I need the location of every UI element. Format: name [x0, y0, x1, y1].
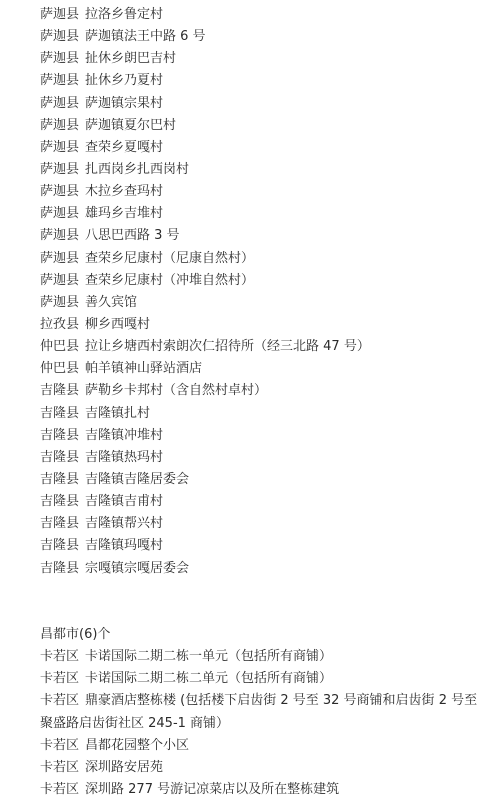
county-name: 吉隆县 — [40, 447, 79, 469]
county-name: 萨迦县 — [40, 159, 79, 181]
list-item: 萨迦县雄玛乡吉堆村 — [40, 203, 472, 225]
list-item: 吉隆县吉隆镇玛嘎村 — [40, 535, 472, 557]
place-name: 吉隆镇吉甫村 — [85, 494, 163, 509]
place-name: 帕羊镇神山驿站酒店 — [85, 361, 202, 376]
county-name: 吉隆县 — [40, 558, 79, 580]
county-name: 卡若区 — [40, 690, 79, 712]
list-item: 萨迦县查荣乡夏嘎村 — [40, 137, 472, 159]
place-name: 柳乡西嘎村 — [85, 317, 150, 332]
county-name: 萨迦县 — [40, 292, 79, 314]
section-changdu-list: 昌都市(6)个 卡若区卡诺国际二期二栋一单元（包括所有商铺） 卡若区卡诺国际二期… — [40, 624, 472, 801]
place-name: 扯休乡朗巴吉村 — [85, 51, 176, 66]
county-name: 卡若区 — [40, 668, 79, 690]
county-name: 萨迦县 — [40, 70, 79, 92]
place-name: 萨迦镇法王中路 6 号 — [85, 29, 206, 44]
place-name: 昌都花园整个小区 — [85, 738, 189, 753]
list-item: 萨迦县善久宾馆 — [40, 292, 472, 314]
list-item: 吉隆县吉隆镇帮兴村 — [40, 513, 472, 535]
place-name: 吉隆镇吉隆居委会 — [85, 472, 189, 487]
list-item-continuation: 聚盛路启齿街社区 245-1 商铺） — [40, 713, 472, 735]
list-item: 吉隆县吉隆镇热玛村 — [40, 447, 472, 469]
list-item: 仲巴县帕羊镇神山驿站酒店 — [40, 358, 472, 380]
list-item: 吉隆县萨勒乡卡邦村（含自然村卓村） — [40, 380, 472, 402]
list-item: 萨迦县扯休乡朗巴吉村 — [40, 48, 472, 70]
place-name: 吉隆镇冲堆村 — [85, 428, 163, 443]
list-item: 萨迦县拉洛乡鲁定村 — [40, 4, 472, 26]
place-name: 扎西岗乡扎西岗村 — [85, 162, 189, 177]
county-name: 萨迦县 — [40, 203, 79, 225]
place-name: 深圳路安居苑 — [85, 760, 163, 775]
county-name: 吉隆县 — [40, 469, 79, 491]
document-body: 萨迦县拉洛乡鲁定村 萨迦县萨迦镇法王中路 6 号 萨迦县扯休乡朗巴吉村 萨迦县扯… — [40, 4, 472, 801]
place-name: 木拉乡查玛村 — [85, 184, 163, 199]
place-name: 萨勒乡卡邦村（含自然村卓村） — [85, 383, 267, 398]
list-item: 萨迦县萨迦镇宗果村 — [40, 93, 472, 115]
list-item: 萨迦县木拉乡查玛村 — [40, 181, 472, 203]
list-item: 仲巴县拉让乡塘西村索朗次仁招待所（经三北路 47 号） — [40, 336, 472, 358]
county-name: 吉隆县 — [40, 513, 79, 535]
county-name: 吉隆县 — [40, 380, 79, 402]
county-name: 萨迦县 — [40, 93, 79, 115]
list-item: 萨迦县查荣乡尼康村（尼康自然村） — [40, 248, 472, 270]
county-name: 卡若区 — [40, 779, 79, 801]
place-name: 吉隆镇扎村 — [85, 406, 150, 421]
county-name: 吉隆县 — [40, 425, 79, 447]
list-item: 吉隆县吉隆镇冲堆村 — [40, 425, 472, 447]
place-name: 善久宾馆 — [85, 295, 137, 310]
place-name: 拉洛乡鲁定村 — [85, 7, 163, 22]
county-name: 萨迦县 — [40, 4, 79, 26]
list-item: 萨迦县扎西岗乡扎西岗村 — [40, 159, 472, 181]
county-name: 仲巴县 — [40, 358, 79, 380]
place-name: 宗嘎镇宗嘎居委会 — [85, 561, 189, 576]
place-name: 萨迦镇宗果村 — [85, 96, 163, 111]
county-name: 萨迦县 — [40, 270, 79, 292]
place-name: 萨迦镇夏尔巴村 — [85, 118, 176, 133]
list-item: 萨迦县查荣乡尼康村（冲堆自然村） — [40, 270, 472, 292]
list-item: 拉孜县柳乡西嘎村 — [40, 314, 472, 336]
county-name: 吉隆县 — [40, 491, 79, 513]
county-name: 卡若区 — [40, 646, 79, 668]
list-item: 卡若区深圳路 277 号游记凉菜店以及所在整栋建筑 — [40, 779, 472, 801]
place-name: 卡诺国际二期二栋二单元（包括所有商铺） — [85, 671, 332, 686]
place-name: 吉隆镇热玛村 — [85, 450, 163, 465]
county-name: 萨迦县 — [40, 248, 79, 270]
county-name: 拉孜县 — [40, 314, 79, 336]
place-name: 深圳路 277 号游记凉菜店以及所在整栋建筑 — [85, 782, 339, 797]
county-name: 吉隆县 — [40, 403, 79, 425]
list-item: 吉隆县吉隆镇吉甫村 — [40, 491, 472, 513]
list-item: 萨迦县萨迦镇夏尔巴村 — [40, 115, 472, 137]
section-shigatse-list: 萨迦县拉洛乡鲁定村 萨迦县萨迦镇法王中路 6 号 萨迦县扯休乡朗巴吉村 萨迦县扯… — [40, 4, 472, 580]
list-item: 吉隆县宗嘎镇宗嘎居委会 — [40, 558, 472, 580]
county-name: 卡若区 — [40, 735, 79, 757]
place-name: 八思巴西路 3 号 — [85, 228, 180, 243]
list-item: 卡若区深圳路安居苑 — [40, 757, 472, 779]
place-name: 拉让乡塘西村索朗次仁招待所（经三北路 47 号） — [85, 339, 370, 354]
county-name: 卡若区 — [40, 757, 79, 779]
county-name: 萨迦县 — [40, 137, 79, 159]
list-item: 卡若区昌都花园整个小区 — [40, 735, 472, 757]
place-name: 吉隆镇帮兴村 — [85, 516, 163, 531]
place-name: 查荣乡夏嘎村 — [85, 140, 163, 155]
county-name: 萨迦县 — [40, 225, 79, 247]
county-name: 萨迦县 — [40, 115, 79, 137]
place-name: 卡诺国际二期二栋一单元（包括所有商铺） — [85, 649, 332, 664]
county-name: 萨迦县 — [40, 48, 79, 70]
place-name: 扯休乡乃夏村 — [85, 73, 163, 88]
list-item: 萨迦县萨迦镇法王中路 6 号 — [40, 26, 472, 48]
list-item: 卡若区卡诺国际二期二栋二单元（包括所有商铺） — [40, 668, 472, 690]
place-name: 鼎豪酒店整栋楼 (包括楼下启齿街 2 号至 32 号商铺和启齿街 2 号至 — [85, 693, 477, 708]
section-gap — [40, 580, 472, 624]
county-name: 吉隆县 — [40, 535, 79, 557]
list-item: 萨迦县八思巴西路 3 号 — [40, 225, 472, 247]
place-name: 吉隆镇玛嘎村 — [85, 538, 163, 553]
county-name: 萨迦县 — [40, 181, 79, 203]
place-name: 雄玛乡吉堆村 — [85, 206, 163, 221]
section-heading: 昌都市(6)个 — [40, 624, 472, 646]
list-item: 吉隆县吉隆镇吉隆居委会 — [40, 469, 472, 491]
list-item: 吉隆县吉隆镇扎村 — [40, 403, 472, 425]
county-name: 萨迦县 — [40, 26, 79, 48]
list-item: 卡若区鼎豪酒店整栋楼 (包括楼下启齿街 2 号至 32 号商铺和启齿街 2 号至 — [40, 690, 472, 712]
list-item: 卡若区卡诺国际二期二栋一单元（包括所有商铺） — [40, 646, 472, 668]
place-name: 查荣乡尼康村（冲堆自然村） — [85, 273, 254, 288]
list-item: 萨迦县扯休乡乃夏村 — [40, 70, 472, 92]
county-name: 仲巴县 — [40, 336, 79, 358]
place-name: 查荣乡尼康村（尼康自然村） — [85, 251, 254, 266]
